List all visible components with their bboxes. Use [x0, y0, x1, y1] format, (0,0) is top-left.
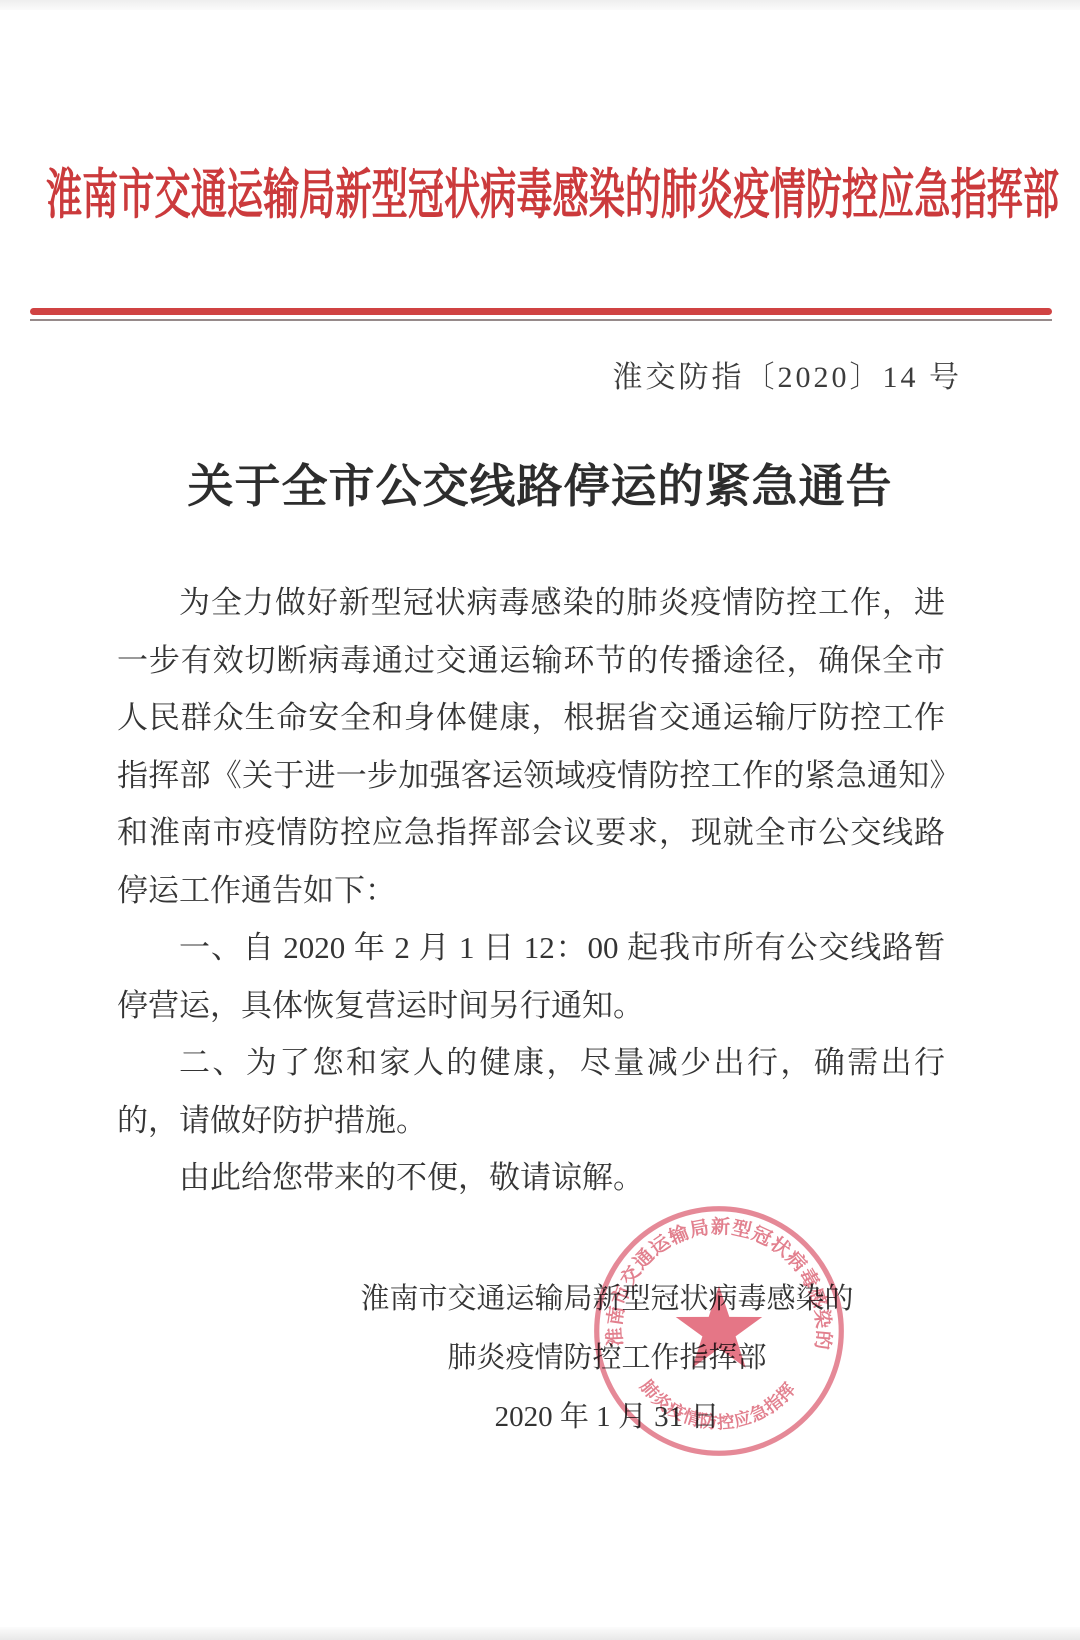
document-page: 淮南市交通运输局新型冠状病毒感染的肺炎疫情防控应急指挥部 淮交防指〔2020〕1… — [0, 0, 1080, 1640]
seal-star-icon — [676, 1286, 762, 1368]
paragraph-closing: 由此给您带来的不便，敬请谅解。 — [117, 1149, 945, 1207]
scan-edge-top — [0, 0, 1080, 10]
red-divider-thick — [30, 308, 1052, 315]
red-header-title: 淮南市交通运输局新型冠状病毒感染的肺炎疫情防控应急指挥部 — [46, 156, 1059, 234]
document-title: 关于全市公交线路停运的紧急通告 — [0, 450, 1080, 516]
document-body: 为全力做好新型冠状病毒感染的肺炎疫情防控工作，进一步有效切断病毒通过交通运输环节… — [117, 574, 945, 1207]
paragraph-item-2: 二、为了您和家人的健康，尽量减少出行，确需出行的，请做好防护措施。 — [117, 1034, 945, 1149]
document-number: 淮交防指〔2020〕14 号 — [613, 352, 963, 396]
paragraph-item-1: 一、自 2020 年 2 月 1 日 12：00 起我市所有公交线路暂停营运，具… — [117, 919, 945, 1034]
paragraph-intro: 为全力做好新型冠状病毒感染的肺炎疫情防控工作，进一步有效切断病毒通过交通运输环节… — [117, 574, 945, 919]
red-divider-line — [30, 308, 1052, 321]
red-divider-thin — [30, 319, 1052, 321]
scan-edge-bottom — [0, 1627, 1080, 1640]
official-seal: 淮南市交通运输局新型冠状病毒感染的 肺炎疫情防控应急指挥部 — [588, 1200, 850, 1462]
